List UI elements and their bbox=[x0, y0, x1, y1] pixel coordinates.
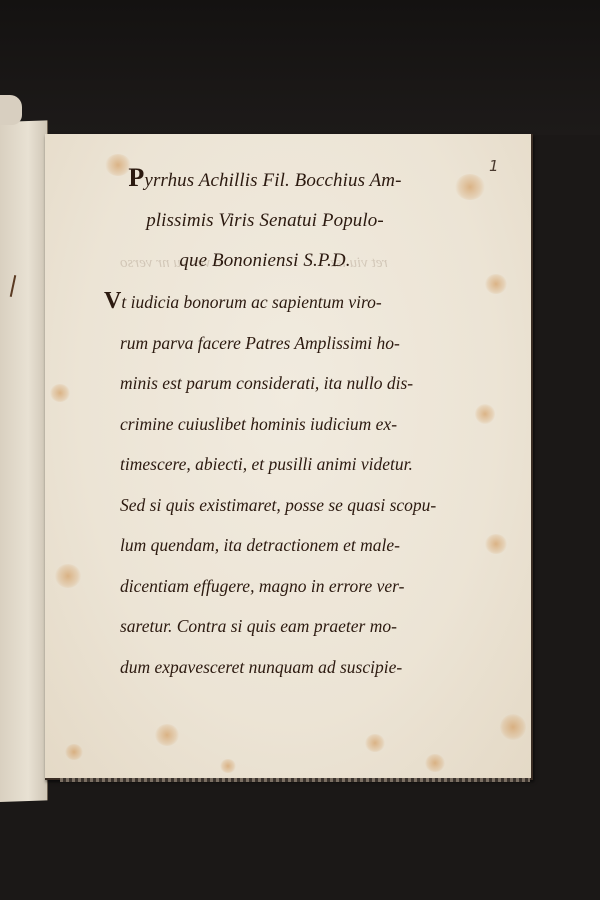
heading-line: plissimis Viris Senatui Populo- bbox=[100, 201, 430, 241]
foxing-spot bbox=[475, 404, 495, 424]
body-text: Vt iudicia bonorum ac sapientum viro- ru… bbox=[100, 281, 430, 687]
foxing-spot bbox=[65, 744, 83, 760]
foxing-spot bbox=[365, 734, 385, 752]
decorated-initial: V bbox=[104, 288, 121, 314]
body-line: lum quendam, ita detractionem et male- bbox=[100, 525, 430, 566]
foxing-spot bbox=[155, 724, 179, 746]
foxing-spot bbox=[455, 174, 485, 200]
page-block-edge bbox=[60, 778, 530, 782]
foxing-spot bbox=[50, 384, 70, 402]
foxing-spot bbox=[500, 714, 526, 740]
body-line: dum expavesceret nunquam ad suscipie- bbox=[100, 647, 430, 688]
body-line: timescere, abiecti, et pusilli animi vid… bbox=[100, 444, 430, 485]
foxing-spot bbox=[425, 754, 445, 772]
body-line: Vt iudicia bonorum ac sapientum viro- bbox=[100, 281, 430, 323]
decorated-initial: P bbox=[128, 163, 144, 192]
heading-line: Pyrrhus Achillis Fil. Bocchius Am- bbox=[100, 158, 430, 201]
foxing-spot bbox=[220, 759, 236, 773]
body-line: minis est parum considerati, ita nullo d… bbox=[100, 363, 430, 404]
manuscript-text: Pyrrhus Achillis Fil. Bocchius Am- pliss… bbox=[100, 158, 430, 687]
flyleaf-tab bbox=[0, 95, 22, 125]
background-cradle bbox=[0, 0, 600, 135]
body-line: Sed si quis existimaret, posse se quasi … bbox=[100, 485, 430, 526]
foxing-spot bbox=[485, 274, 507, 294]
folio-number: 1 bbox=[489, 157, 499, 175]
left-flyleaf bbox=[0, 120, 48, 802]
body-line: rum parva facere Patres Amplissimi ho- bbox=[100, 323, 430, 364]
dedication-heading: Pyrrhus Achillis Fil. Bocchius Am- pliss… bbox=[100, 158, 430, 281]
body-line: crimine cuiuslibet hominis iudicium ex- bbox=[100, 404, 430, 445]
body-line: dicentiam effugere, magno in errore ver- bbox=[100, 566, 430, 607]
heading-line: que Bononiensi S.P.D. bbox=[100, 241, 430, 281]
foxing-spot bbox=[55, 564, 81, 588]
foxing-spot bbox=[485, 534, 507, 554]
body-line: saretur. Contra si quis eam praeter mo- bbox=[100, 606, 430, 647]
